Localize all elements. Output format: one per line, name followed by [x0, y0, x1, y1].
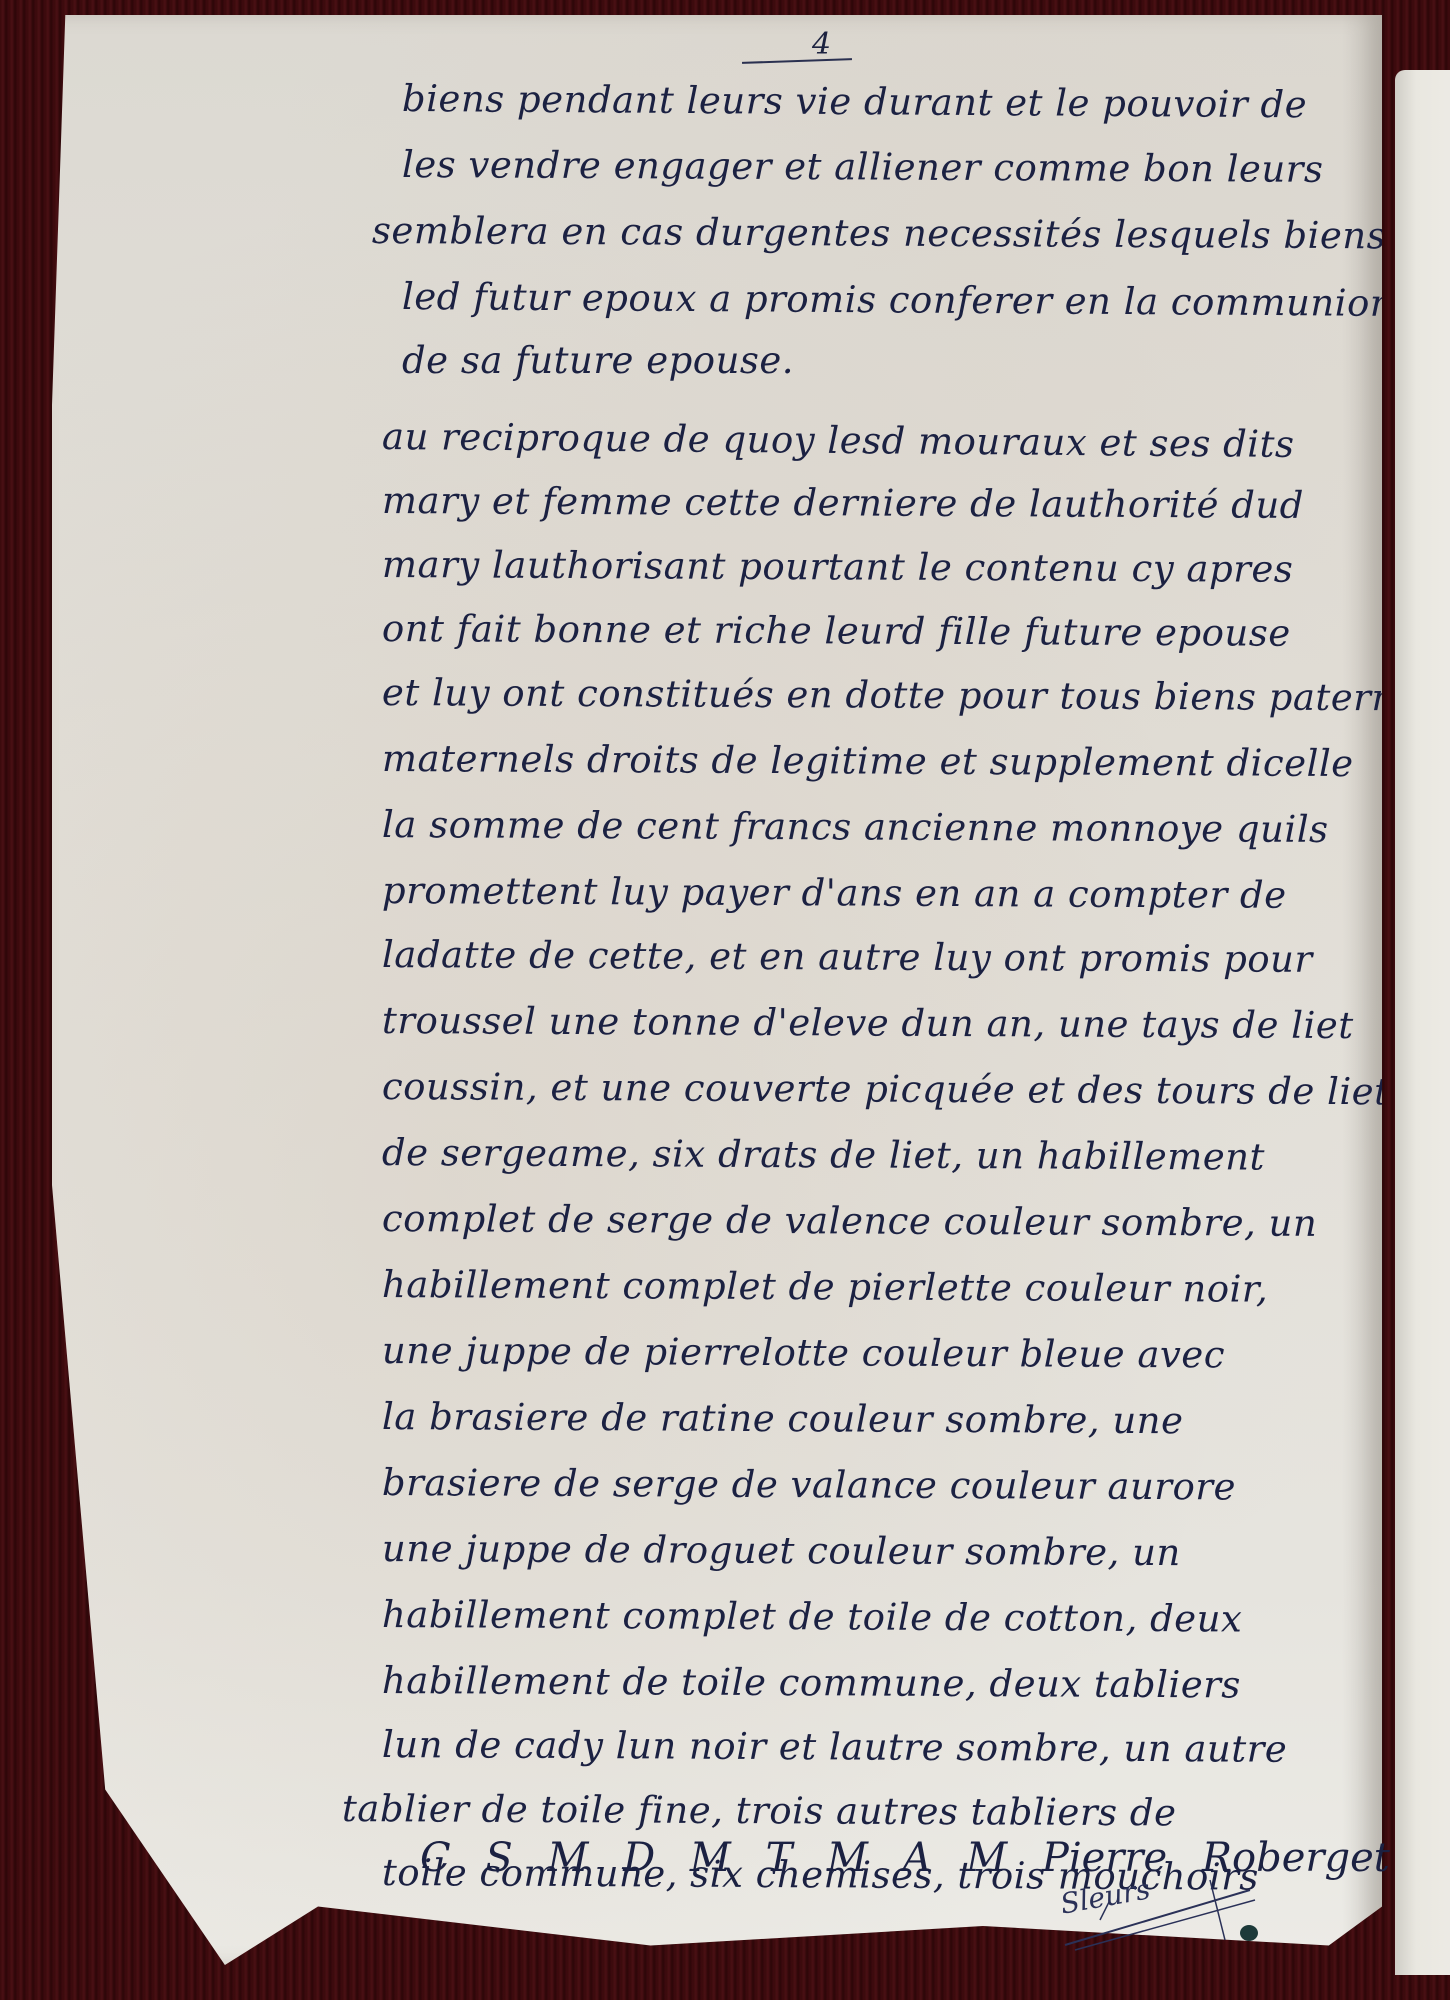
text-line: la somme de cent francs ancienne monnoye… — [382, 803, 1329, 851]
text-line: mary et femme cette derniere de lauthori… — [382, 479, 1304, 527]
text-line: habillement de toile commune, deux tabli… — [382, 1659, 1241, 1706]
text-line: habillement complet de pierlette couleur… — [382, 1263, 1268, 1311]
text-line: de sergeame, six drats de liet, un habil… — [382, 1131, 1265, 1179]
text-line: au reciproque de quoy lesd mouraux et se… — [382, 415, 1295, 466]
text-line: les vendre engager et alliener comme bon… — [402, 143, 1324, 191]
text-line: promettent luy payer d'ans en an a compt… — [382, 869, 1287, 917]
ink-blot — [1240, 1925, 1258, 1941]
text-line: semblera en cas durgentes necessités les… — [372, 209, 1386, 257]
text-line: de sa future epouse. — [402, 339, 794, 382]
text-line: brasiere de serge de valance couleur aur… — [382, 1461, 1236, 1508]
text-line: complet de serge de valence couleur somb… — [382, 1197, 1317, 1245]
text-line: led futur epoux a promis conferer en la … — [402, 275, 1394, 325]
text-line: maternels droits de legitime et suppleme… — [382, 737, 1354, 785]
text-line: biens pendant leurs vie durant et le pou… — [402, 77, 1307, 126]
photo-scene: 4 biens pendant leurs vie durant et le p… — [0, 0, 1450, 2000]
text-line: la brasiere de ratine couleur sombre, un… — [382, 1395, 1184, 1442]
text-line: et luy ont constitués en dotte pour tous… — [382, 671, 1450, 720]
text-line: ladatte de cette, et en autre luy ont pr… — [382, 933, 1313, 981]
text-line: habillement complet de toile de cotton, … — [382, 1593, 1243, 1641]
text-line: tablier de toile fine, trois autres tabl… — [342, 1787, 1177, 1834]
text-line: ont fait bonne et riche leurd fille futu… — [382, 607, 1291, 655]
text-line: lun de cady lun noir et lautre sombre, u… — [382, 1723, 1287, 1771]
page-number: 4 — [812, 27, 831, 62]
page-number-rule — [742, 58, 852, 64]
text-line: troussel une tonne d'eleve dun an, une t… — [382, 999, 1354, 1047]
text-line: une juppe de pierrelotte couleur bleue a… — [382, 1329, 1225, 1376]
text-line: mary lauthorisant pourtant le contenu cy… — [382, 543, 1294, 591]
manuscript-page: 4 biens pendant leurs vie durant et le p… — [52, 15, 1382, 1965]
text-line: coussin, et une couverte picquée et des … — [382, 1065, 1390, 1113]
text-line: une juppe de droguet couleur sombre, un — [382, 1527, 1181, 1574]
next-page-edge — [1395, 70, 1450, 1975]
